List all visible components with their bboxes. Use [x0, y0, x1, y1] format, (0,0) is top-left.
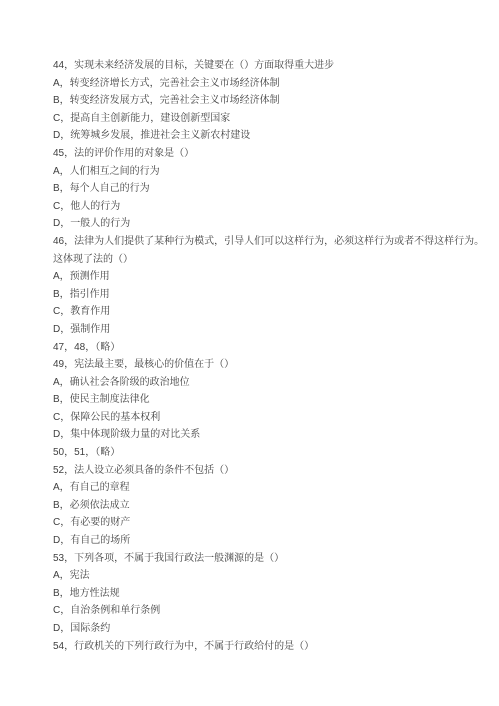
question-line: 44，实现未来经济发展的目标，关键要在（）方面取得重大进步	[53, 57, 489, 75]
option-line: D，国际条约	[53, 620, 489, 638]
skipped-questions-note: 50，51，（略）	[53, 444, 489, 462]
option-line: B，使民主制度法律化	[53, 391, 489, 409]
question-line: 52，法人设立必须具备的条件不包括（）	[53, 462, 489, 480]
question-line: 53，下列各项，不属于我国行政法一般渊源的是（）	[53, 550, 489, 568]
option-line: D，统筹城乡发展，推进社会主义新农村建设	[53, 127, 489, 145]
document-page: 44，实现未来经济发展的目标，关键要在（）方面取得重大进步A，转变经济增长方式，…	[0, 0, 499, 706]
option-line: A，宪法	[53, 567, 489, 585]
option-line: B，每个人自己的行为	[53, 180, 489, 198]
option-line: C，自治条例和单行条例	[53, 602, 489, 620]
question-line: 49，宪法最主要，最核心的价值在于（）	[53, 356, 489, 374]
option-line: A，人们相互之间的行为	[53, 163, 489, 181]
question-continuation-line: 这体现了法的（）	[53, 251, 489, 269]
skipped-questions-note: 47，48，（略）	[53, 339, 489, 357]
option-line: C，有必要的财产	[53, 514, 489, 532]
option-line: B，地方性法规	[53, 585, 489, 603]
exam-questions-text-block: 44，实现未来经济发展的目标，关键要在（）方面取得重大进步A，转变经济增长方式，…	[0, 0, 499, 655]
question-line: 46，法律为人们提供了某种行为模式，引导人们可以这样行为，必须这样行为或者不得这…	[53, 233, 489, 251]
option-line: B，必须依法成立	[53, 497, 489, 515]
option-line: B，指引作用	[53, 286, 489, 304]
option-line: A，确认社会各阶级的政治地位	[53, 374, 489, 392]
question-line: 45，法的评价作用的对象是（）	[53, 145, 489, 163]
option-line: C，他人的行为	[53, 198, 489, 216]
option-line: A，转变经济增长方式，完善社会主义市场经济体制	[53, 75, 489, 93]
option-line: C，教育作用	[53, 303, 489, 321]
option-line: C，保障公民的基本权利	[53, 409, 489, 427]
option-line: D，集中体现阶级力量的对比关系	[53, 426, 489, 444]
option-line: A，有自己的章程	[53, 479, 489, 497]
option-line: D，强制作用	[53, 321, 489, 339]
option-line: D，一般人的行为	[53, 215, 489, 233]
question-line: 54，行政机关的下列行政行为中，不属于行政给付的是（）	[53, 638, 489, 656]
option-line: C，提高自主创新能力，建设创新型国家	[53, 110, 489, 128]
option-line: D，有自己的场所	[53, 532, 489, 550]
option-line: A，预测作用	[53, 268, 489, 286]
option-line: B，转变经济发展方式，完善社会主义市场经济体制	[53, 92, 489, 110]
